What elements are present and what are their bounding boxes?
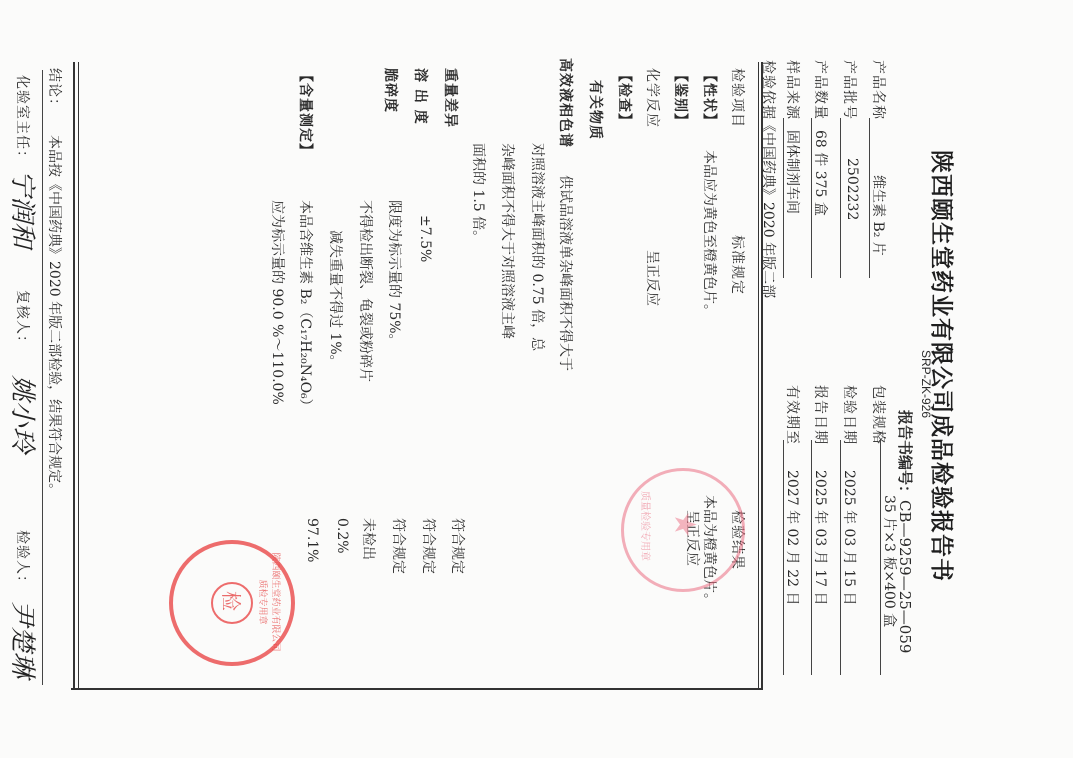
inspector-label: 检验人： [13,530,33,590]
underline [811,118,812,278]
item-tests: 【检查】 [615,68,635,128]
item-friability: 脆碎度 [381,68,401,113]
standard-appearance: 本品应为黄色至橙黄色片。 [700,150,720,318]
standard-hplc-line3: 杂峰面积不得大于对照溶液主峰 [498,143,518,339]
qc-seal-center: 检 [218,591,247,611]
batch-value: 2502232 [844,158,860,220]
package-value: 35 片×3 板×400 盒 [880,495,900,627]
inspection-seal: ★ 质量检验专用章 [621,468,745,592]
reviewer-signature: 姚小玲 [6,375,43,453]
standard-hplc-line2: 对照溶液主峰面积的 0.75 倍，总 [528,143,548,351]
inspection-report-page: 陕西颐生堂药业有限公司成品检验报告书 SRP-ZK-926 报告书编号：CB—9… [0,0,1073,758]
conclusion-text: 本品按《中国药典》2020 年版二部检验，结果符合规定。 [45,135,65,497]
expiry-label: 有效期至 [783,385,803,445]
document-code: SRP-ZK-926 [919,350,933,418]
result-assay-line2: 97.1% [304,518,320,562]
lab-director-label: 化验室主任： [13,75,33,165]
standard-assay-line1: 本品含维生素 B₂（C₁₇H₂₀N₄O₆） [296,200,316,413]
result-friability: 未检出 [359,518,379,560]
standard-chemical-reaction: 呈正反应 [643,250,663,306]
standard-hplc-line4: 面积的 1.5 倍。 [469,143,489,244]
standard-dissolution: 限度为标示量的 75%。 [385,200,405,348]
lab-director-signature: 宁润和 [6,170,43,248]
underline [840,118,841,278]
item-weight-variation: 重量差异 [441,68,461,128]
seal-star-icon: ★ [667,511,702,538]
underline [783,118,784,278]
col-header-item: 检验项目 [728,68,748,128]
reviewer-label: 复核人： [13,290,33,350]
standard-friability-line2: 减失重量不得过 1%。 [326,230,346,369]
test-date-value: 2025 年 03 月 15 日 [840,470,860,606]
underline [880,440,881,675]
item-hplc: 高效液相色谱 [556,58,576,148]
source-label: 样品来源 [783,60,803,120]
batch-label: 产品批号 [840,60,860,120]
report-date-label: 报告日期 [811,385,831,445]
standard-assay-line2: 应为标示量的 90.0 %～110.0% [268,200,288,405]
product-name-value: 维生素 B₂ 片 [869,175,889,256]
quantity-label: 产品数量 [811,60,831,120]
item-dissolution: 溶 出 度 [411,68,431,125]
result-assay-line1: 0.2% [334,518,350,554]
result-dissolution: 符合规定 [389,518,409,574]
report-date-value: 2025 年 03 月 17 日 [811,470,831,606]
conclusion-label: 结论： [45,68,65,113]
underline [840,440,841,675]
product-name-label: 产品名称 [869,60,889,120]
inspection-seal-text: 质量检验专用章 [639,491,654,561]
underline [869,118,870,278]
item-assay: 【含量测定】 [296,68,316,158]
standard-hplc-line1: 供试品溶液单杂峰面积不得大于 [556,175,576,371]
package-label: 包装规格 [869,385,889,445]
result-weight-variation: 符合规定 [419,518,439,574]
underline [811,440,812,675]
table-bottom-border [73,62,75,690]
table-bottom-border-inner [78,62,79,690]
expiry-value: 2027 年 02 月 22 日 [783,470,803,606]
inspector-signature: 尹楚琳 [6,600,43,678]
col-header-standard: 标准规定 [728,235,748,295]
quantity-value: 68 件 375 盒 [811,130,831,216]
item-chemical-reaction: 化学反应 [643,68,663,128]
item-related-substances: 有关物质 [586,80,606,140]
table-right-border [71,688,763,690]
table-top-border [761,62,763,690]
item-identification: 【鉴别】 [671,68,691,128]
report-number-label: 报告书编号： [896,410,914,500]
standard-friability-line1: 不得检出断裂、龟裂或粉碎片 [356,200,376,382]
test-date-label: 检验日期 [840,385,860,445]
standard-weight-variation: ±7.5% [417,215,433,262]
qc-seal: 检 陕西颐生堂药业有限公司 质检专用章 [169,540,295,666]
table-top-border-inner [758,62,759,690]
qc-seal-text: 陕西颐生堂药业有限公司 质检专用章 [257,552,283,652]
result-hplc: 符合规定 [448,518,468,574]
source-value: 固体制剂车间 [783,130,803,214]
underline [783,440,784,675]
item-appearance: 【性状】 [700,68,720,128]
